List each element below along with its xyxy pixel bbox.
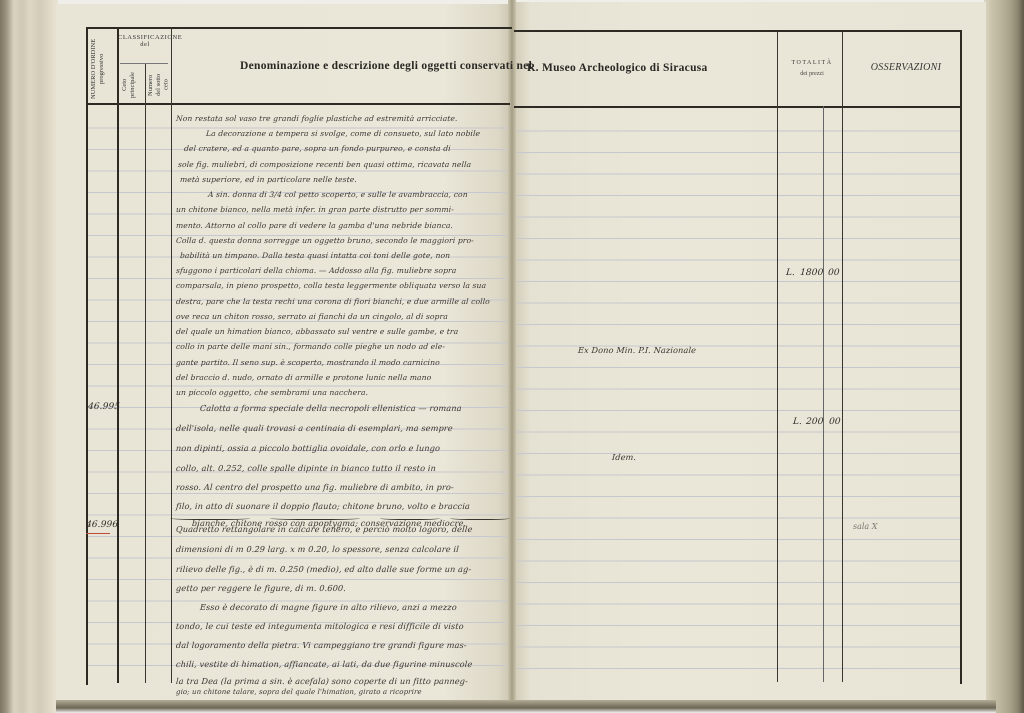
col-divider-cents (823, 106, 824, 682)
price-currency: L. (786, 268, 796, 278)
col-divider-ordine (117, 27, 119, 683)
entry-line: La decorazione a tempera si svolge, come… (206, 129, 481, 138)
entry-line: sfuggono i particolari della chioma. — A… (176, 266, 457, 275)
price-amount: 1800 (800, 268, 824, 278)
entry-separator (450, 516, 510, 520)
book-edge-left (0, 0, 58, 713)
entry-line: getto per reggere le figure, di m. 0.600… (176, 583, 347, 593)
entry-line: la tra Dea (la prima a sin. è acefala) s… (176, 676, 469, 686)
osservazioni-label: OSSERVAZIONI (846, 62, 966, 73)
header-numero-ordine: NUMERO D'ORDINE progressivo (90, 38, 114, 100)
entry-line: non dipinti, ossia a piccolo bottiglia o… (176, 443, 441, 453)
entry-line: comparsala, in pieno prospetto, colla te… (176, 281, 487, 290)
entry-line: collo, alt. 0.252, colle spalle dipinte … (176, 463, 437, 473)
entry-separator (380, 516, 440, 520)
entry-line: Colla d. questa donna sorregge un oggett… (176, 236, 475, 245)
classificazione-underline (120, 63, 168, 64)
entry-line: del cratere, ed a quanto pare, sopra un … (184, 144, 451, 153)
col-divider-totalita (777, 32, 778, 682)
entry-line: filo, in atto di suonare il doppio flaut… (176, 501, 471, 511)
ceto-label: Ceto (121, 79, 128, 91)
page-bottom-edge (56, 700, 996, 713)
entry-line: dal logoramento della pietra. Vi campegg… (176, 640, 467, 650)
numero-ordine-label: NUMERO D'ORDINE (90, 39, 97, 99)
numero-sublabel: del sotto ceto (155, 74, 170, 96)
entry-line: un chitone bianco, nella metà infer. in … (176, 205, 455, 214)
entry-number-46996: 46.996 (86, 520, 119, 530)
entry-line: dimensioni di m 0.29 larg. x m 0.20, lo … (176, 544, 460, 554)
price-cents: 00 (829, 417, 841, 427)
right-header-bottom-rule (514, 106, 962, 108)
price-amount: 200 (806, 417, 824, 427)
entry-line: metà superiore, ed in particolare nelle … (180, 175, 358, 184)
ceto-sublabel: principale (129, 72, 136, 98)
right-ledger-frame (514, 30, 962, 684)
classificazione-sublabel: del (118, 41, 172, 48)
numero-label: Numero (147, 74, 154, 95)
entry-line: rilievo delle fig., è di m. 0.250 (medio… (176, 564, 472, 574)
price-currency: L. (793, 417, 803, 427)
entry-line: un piccolo oggetto, che sembrami una nac… (176, 388, 369, 397)
entry-line: destra, pare che la testa rechi una coro… (176, 297, 491, 306)
entry-line: Esso è decorato di magne figure in alto … (200, 602, 458, 612)
entry-line: tondo, le cui teste ed integumenta mitol… (176, 621, 464, 631)
entry-line: A sin. donna di 3/4 col petto scoperto, … (208, 190, 468, 199)
entry-line: rosso. Al centro del prospetto una fig. … (176, 482, 455, 492)
entry-line: babilità un timpano. Dalla testa quasi i… (180, 251, 451, 260)
header-classificazione: CLASSIFICAZIONE del (118, 34, 172, 48)
provenance-note: Idem. (612, 452, 637, 462)
price-cents: 00 (828, 268, 840, 278)
entry-line: gio; un chitone talare, sopra del quale … (176, 688, 422, 696)
entry-separator (270, 516, 360, 520)
entry-line: mento. Attorno al collo pare di vedere l… (176, 221, 454, 230)
entry-line: Calotta a forma speciale della necropoli… (200, 403, 462, 413)
col-divider-numero (171, 27, 172, 683)
provenance-note: Ex Dono Min. P.I. Nazionale (578, 345, 697, 355)
numero-ordine-sublabel: progressivo (98, 54, 105, 84)
entry-line: ove reca un chiton rosso, serrato ai fia… (176, 312, 449, 321)
left-header-bottom-rule (86, 103, 510, 105)
entry-line: collo in parte delle mani sin., formando… (176, 342, 446, 351)
entry-line: sole fig. muliebri, di composizione rece… (178, 160, 472, 169)
entry-line: Quadretto rettangolare in calcare tenero… (176, 524, 473, 534)
entry-line: chili, vestite di himation, affiancate, … (176, 659, 473, 669)
header-ceto: Ceto principale (121, 68, 143, 102)
left-page-title: Denominazione e descrizione degli oggett… (240, 60, 532, 72)
col-divider-ceto (145, 64, 146, 683)
book-edge-right (984, 0, 1024, 713)
entry-number-46995: 46.995 (88, 402, 121, 412)
entry-number-underline (86, 533, 110, 534)
entry-separator (170, 516, 250, 520)
entry-line: gante partito. Il seno sup. è scoperto, … (176, 358, 440, 367)
entry-line: dell'isola, nelle quali trovasi a centin… (176, 423, 454, 433)
entry-line: del quale un himation bianco, abbassato … (176, 327, 459, 336)
col-divider-osservazioni (842, 32, 843, 682)
totalita-sublabel: dei prezzi (783, 71, 841, 77)
observation-note: sala X (853, 522, 877, 531)
right-page-title: R. Museo Archeologico di Siracusa (527, 62, 708, 74)
entry-line: del braccio d. nudo, ornato di armille e… (176, 373, 432, 382)
totalita-label: TOTALITÀ (783, 60, 841, 66)
header-numero: Numero del sotto ceto (147, 68, 169, 102)
classificazione-label: CLASSIFICAZIONE (118, 34, 172, 41)
entry-line: Non restata sol vaso tre grandi foglie p… (176, 114, 458, 123)
